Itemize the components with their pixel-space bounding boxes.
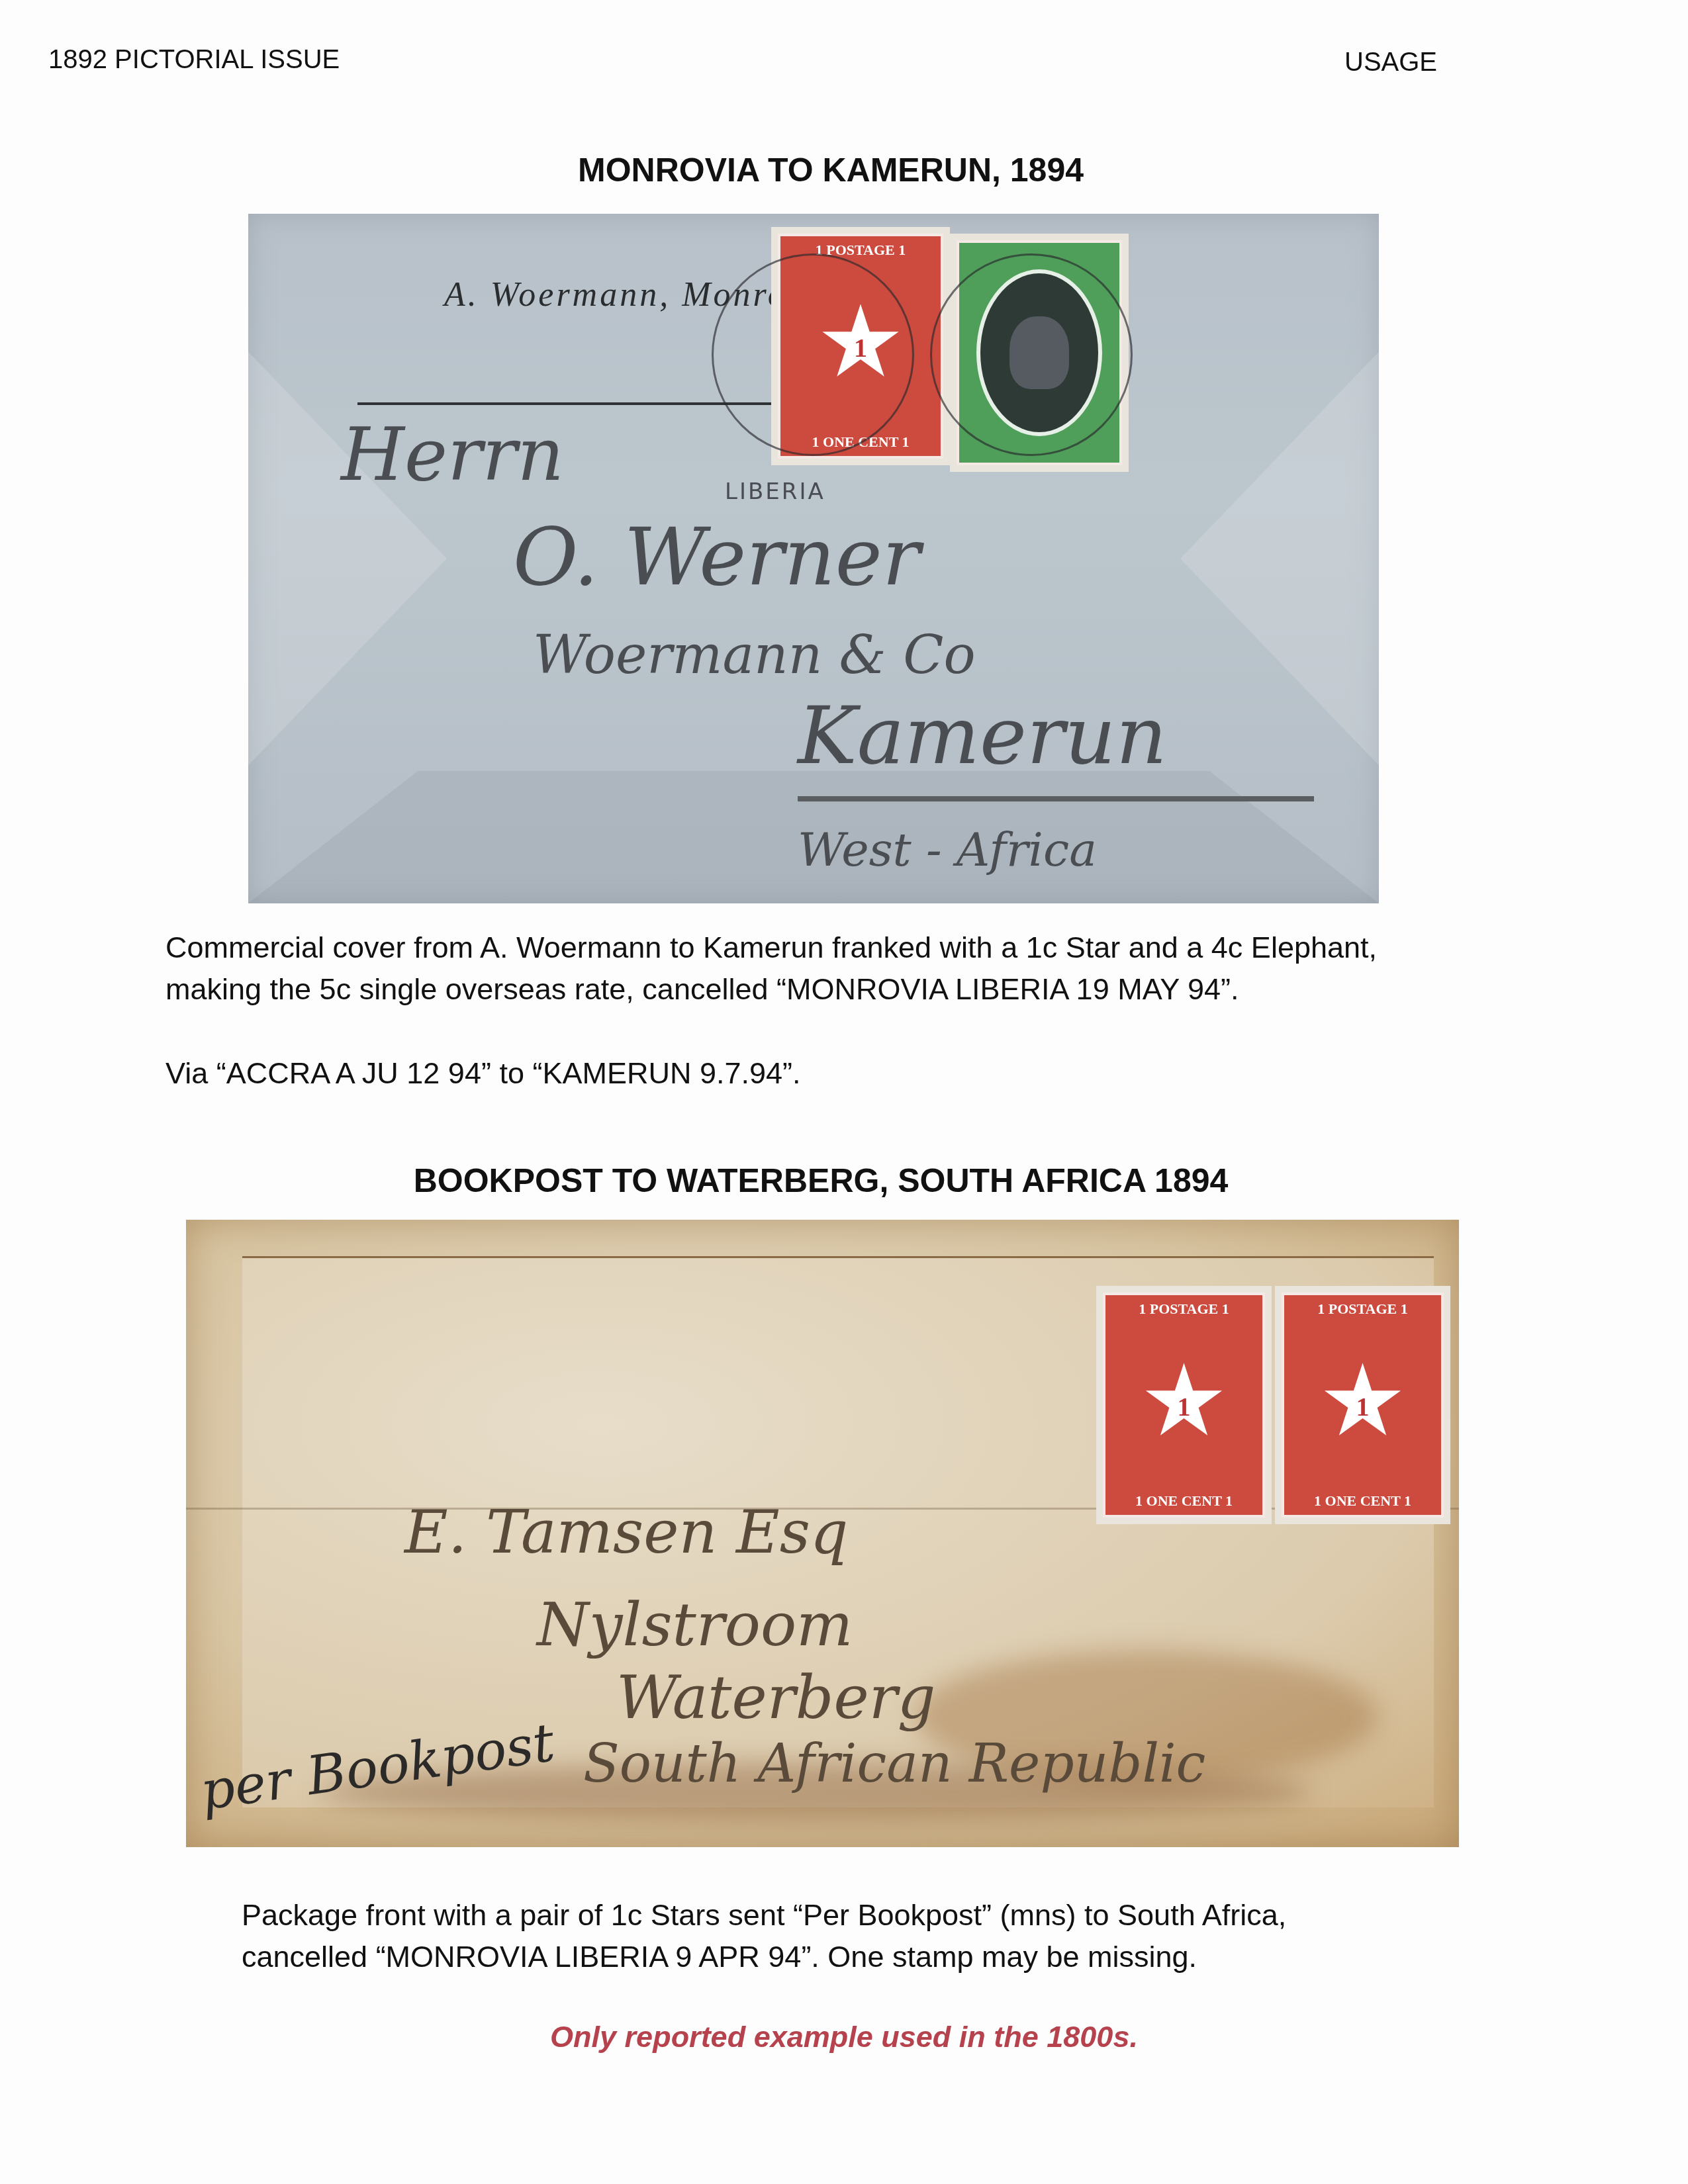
section-heading-waterberg: BOOKPOST TO WATERBERG, SOUTH AFRICA 1894 — [0, 1161, 1665, 1200]
page-header-left: 1892 PICTORIAL ISSUE — [48, 45, 340, 75]
page-header-right: USAGE — [1344, 48, 1437, 77]
caption-kamerun: Commercial cover from A. Woermann to Kam… — [165, 927, 1556, 1010]
route-line: Via “ACCRA A JU 12 94” to “KAMERUN 9.7.9… — [165, 1052, 801, 1094]
postmark-text: LIBERIA — [725, 478, 825, 505]
stamp-1c-star-left: 1 POSTAGE 1 ★ 1 1 ONE CENT 1 — [1096, 1286, 1272, 1524]
package-front-image: E. Tamsen Esq Nylstroom Waterberg South … — [186, 1220, 1459, 1847]
address-line-2: O. Werner — [513, 512, 920, 604]
section-heading-kamerun: MONROVIA TO KAMERUN, 1894 — [0, 151, 1675, 189]
postmark-2 — [930, 253, 1133, 456]
caption-waterberg: Package front with a pair of 1c Stars se… — [242, 1894, 1499, 1978]
address-line-3: Woermann & Co — [533, 624, 976, 686]
address-line-4: South African Republic — [583, 1733, 1205, 1794]
cover-image-kamerun: A. Woermann, Monro Herrn O. Werner Woerm… — [248, 214, 1379, 903]
address-line-5: West - Africa — [798, 823, 1097, 877]
rarity-note: Only reported example used in the 1800s. — [0, 2020, 1688, 2054]
address-line-2: Nylstroom — [537, 1590, 853, 1660]
address-underline — [798, 796, 1314, 801]
address-line-1: E. Tamsen Esq — [404, 1498, 848, 1567]
address-line-4: Kamerun — [798, 690, 1167, 782]
address-line-1: Herrn — [341, 412, 564, 497]
stamp-1c-star-right: 1 POSTAGE 1 ★ 1 1 ONE CENT 1 — [1275, 1286, 1450, 1524]
postmark-1 — [712, 253, 914, 456]
address-line-3: Waterberg — [616, 1663, 935, 1733]
